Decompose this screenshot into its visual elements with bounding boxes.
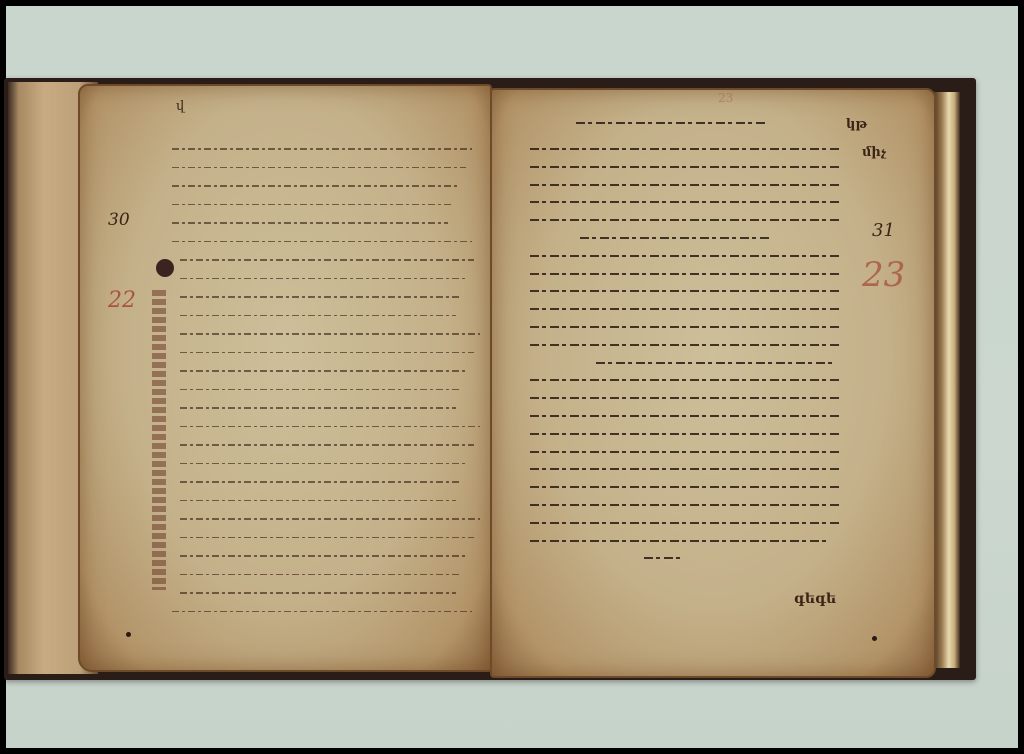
text-line [172, 222, 448, 224]
ink-dot [126, 632, 131, 637]
text-line [180, 574, 462, 576]
text-line [180, 278, 468, 280]
text-line [530, 415, 840, 417]
right-top-pencil-number: 23 [718, 92, 733, 104]
text-line [530, 522, 840, 524]
text-line [530, 184, 840, 186]
text-line [180, 389, 462, 391]
text-line [644, 557, 684, 559]
text-line [530, 379, 840, 381]
text-line [530, 326, 840, 328]
text-line [180, 407, 456, 409]
text-line [180, 426, 480, 428]
catchword: գեգե [794, 592, 836, 606]
text-line [530, 451, 840, 453]
text-line [180, 463, 468, 465]
right-page-edges [932, 92, 960, 668]
text-line [180, 444, 474, 446]
text-line [530, 273, 840, 275]
text-line [180, 592, 456, 594]
right-corner-mark: կթ [846, 118, 867, 131]
text-line [530, 486, 840, 488]
text-line [530, 468, 840, 470]
text-line [530, 201, 840, 203]
text-line [530, 397, 840, 399]
text-line [172, 185, 460, 187]
text-line [172, 204, 454, 206]
text-line [180, 481, 462, 483]
text-line [180, 370, 468, 372]
right-page [490, 88, 936, 678]
text-line [530, 344, 840, 346]
text-line [530, 219, 840, 221]
text-line [180, 500, 456, 502]
text-line [530, 148, 840, 150]
ink-dot [872, 636, 877, 641]
text-line [530, 433, 840, 435]
text-line [180, 518, 480, 520]
text-line [180, 333, 480, 335]
right-red-number: 23 [862, 258, 905, 292]
text-line [580, 237, 770, 239]
right-header-line [576, 122, 766, 124]
text-line [172, 611, 472, 613]
marginal-note [152, 290, 166, 590]
left-pencil-number: 30 [108, 212, 130, 229]
left-red-number: 22 [108, 290, 136, 312]
right-pencil-number: 31 [872, 222, 895, 240]
binding-hole [156, 259, 174, 277]
text-line [530, 308, 840, 310]
text-line [180, 352, 474, 354]
text-line [180, 259, 474, 261]
text-line [596, 362, 836, 364]
text-line [172, 148, 472, 150]
text-line [530, 166, 840, 168]
text-line [180, 296, 462, 298]
left-page [78, 84, 492, 672]
text-line [530, 290, 840, 292]
text-line [172, 167, 466, 169]
text-line [172, 241, 472, 243]
left-folio-mark: վ [176, 100, 184, 113]
text-line [180, 537, 474, 539]
text-line [180, 555, 468, 557]
right-side-mark: միչ [862, 146, 886, 159]
text-line [530, 255, 840, 257]
text-line [530, 504, 840, 506]
text-line [530, 540, 830, 542]
text-line [180, 315, 456, 317]
